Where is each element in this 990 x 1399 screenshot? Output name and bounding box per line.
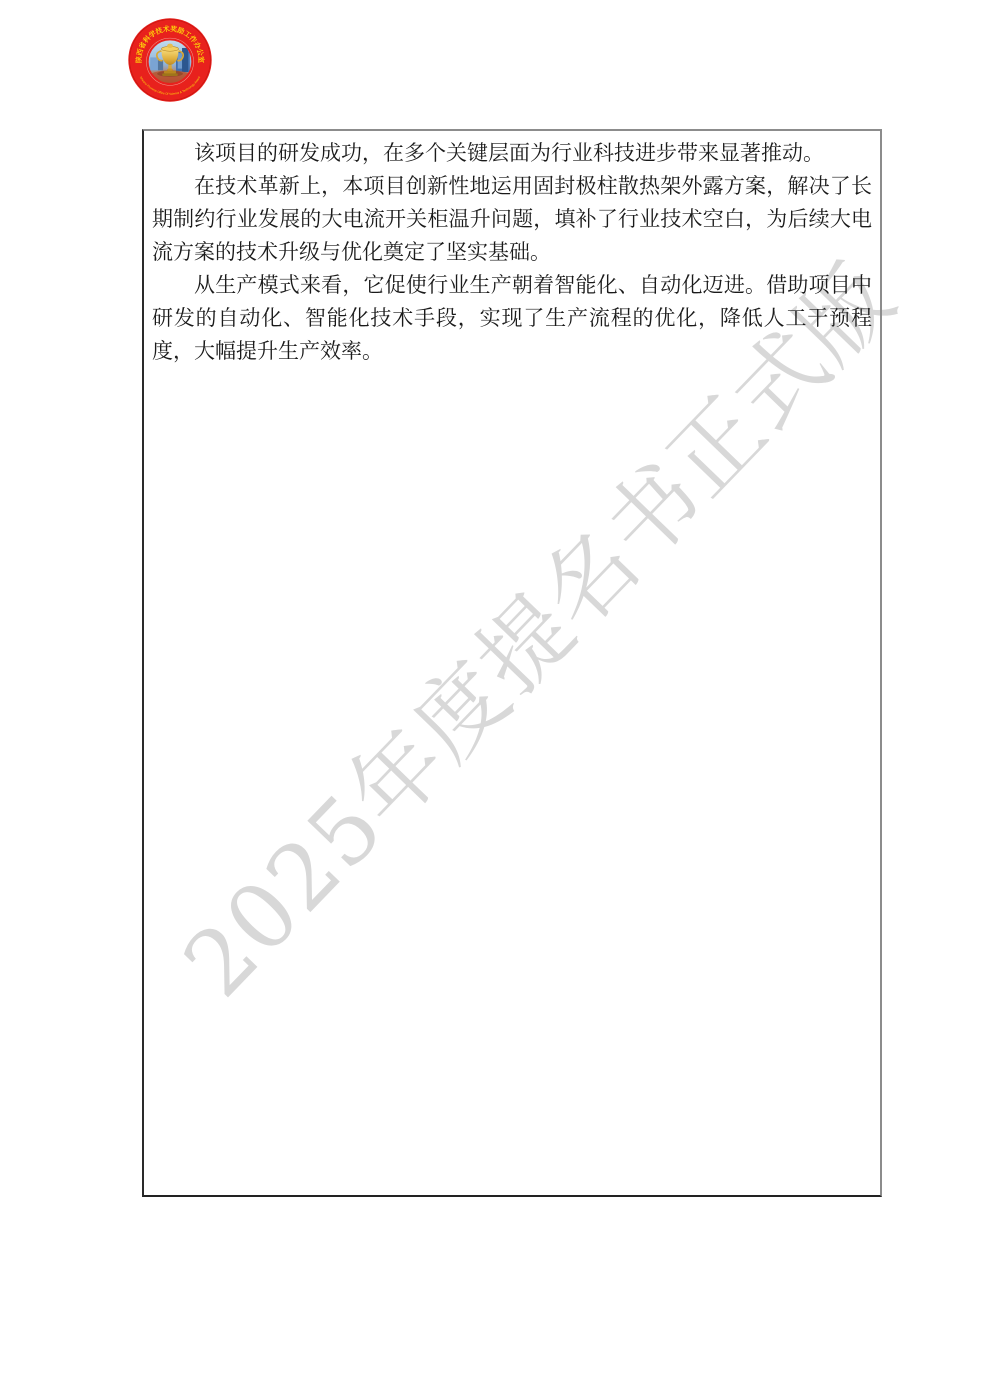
document-page: 陕西省科学技术奖励工作办公室 Shaanxi Province Office O… bbox=[0, 0, 990, 1399]
body-paragraph-3: 从生产模式来看，它促使行业生产朝着智能化、自动化迈进。借助项目中研发的自动化、智… bbox=[152, 269, 872, 368]
body-paragraph-2: 在技术革新上，本项目创新性地运用固封极柱散热架外露方案，解决了长期制约行业发展的… bbox=[152, 170, 872, 269]
document-box: 该项目的研发成功，在多个关键层面为行业科技进步带来显著推动。 在技术革新上，本项… bbox=[142, 129, 882, 1197]
body-paragraph-1: 该项目的研发成功，在多个关键层面为行业科技进步带来显著推动。 bbox=[152, 137, 872, 170]
trophy-seal-icon: 陕西省科学技术奖励工作办公室 Shaanxi Province Office O… bbox=[127, 17, 213, 103]
award-office-seal: 陕西省科学技术奖励工作办公室 Shaanxi Province Office O… bbox=[127, 17, 213, 103]
